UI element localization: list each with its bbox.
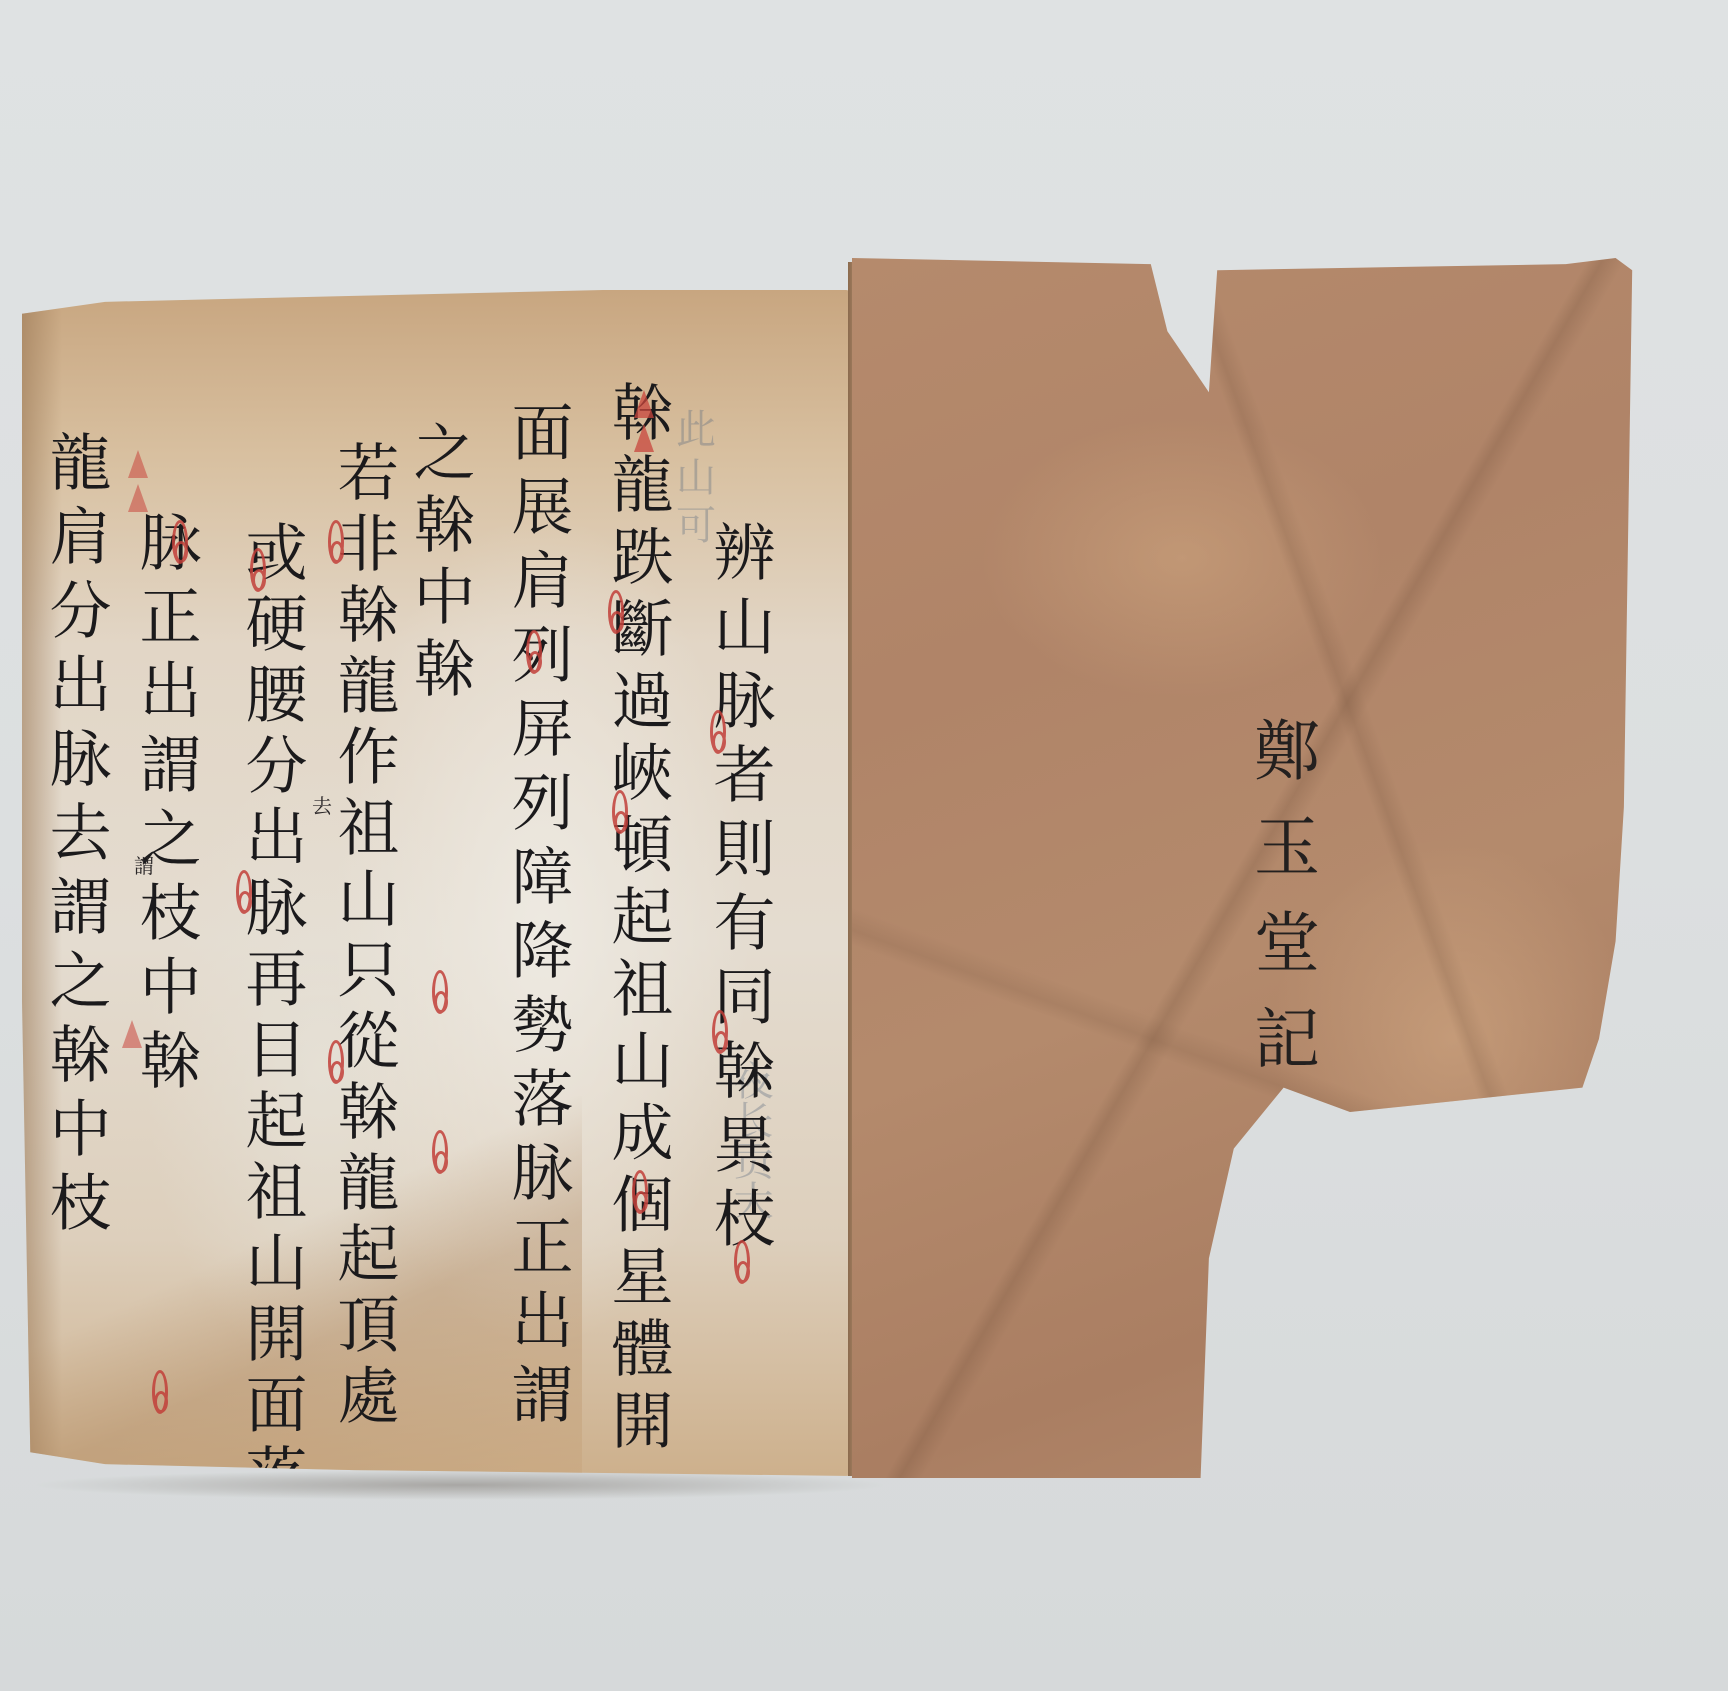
text-column-6: 或硬腰分出脉再目起祖山開面落 bbox=[240, 520, 302, 1514]
red-circle-mark bbox=[526, 630, 542, 674]
text-column-7: 脉正出謂之枝中榦 bbox=[134, 510, 196, 1102]
red-circle-mark bbox=[250, 548, 266, 592]
text-column-1: 辨山脉者則有同榦異枝 bbox=[708, 520, 770, 1260]
interlinear-note-1: 去 bbox=[312, 790, 332, 819]
red-circle-mark bbox=[632, 1170, 648, 1214]
cover-char-3: 堂 bbox=[1254, 890, 1320, 986]
column-3-text: 面展肩列屏列障降勢落脉正出謂 bbox=[506, 400, 568, 1436]
red-circle-mark bbox=[734, 1240, 750, 1284]
column-5-text: 若非榦龍作祖山只從榦龍起頂處 bbox=[332, 440, 394, 1434]
column-8-text: 龍肩分出脉去謂之榦中枝 bbox=[44, 430, 106, 1244]
red-triangle-mark bbox=[122, 1020, 142, 1048]
text-column-2: 榦龍跌斷過峽頓起祖山成個星體開 bbox=[606, 380, 668, 1460]
column-7-text: 脉正出謂之枝中榦 bbox=[134, 510, 196, 1102]
red-circle-mark bbox=[236, 870, 252, 914]
red-circle-mark bbox=[612, 790, 628, 834]
red-circle-mark bbox=[328, 1040, 344, 1084]
text-column-5: 若非榦龍作祖山只從榦龍起頂處 bbox=[332, 440, 394, 1434]
interlinear-note-2: 謂 bbox=[134, 850, 154, 879]
red-circle-mark bbox=[432, 1130, 448, 1174]
text-column-8: 龍肩分出脉去謂之榦中枝 bbox=[44, 430, 106, 1244]
book-cover-flap: 鄭 玉 堂 記 bbox=[852, 258, 1682, 1478]
red-circle-mark bbox=[328, 520, 344, 564]
cover-inscription: 鄭 玉 堂 記 bbox=[1254, 698, 1320, 1082]
cover-char-2: 玉 bbox=[1254, 794, 1320, 890]
text-column-3: 面展肩列屏列障降勢落脉正出謂 bbox=[506, 400, 568, 1436]
column-2-text: 榦龍跌斷過峽頓起祖山成個星體開 bbox=[606, 380, 668, 1460]
red-circle-mark bbox=[608, 590, 624, 634]
red-circle-mark bbox=[712, 1010, 728, 1054]
manuscript-page: 此山可 夜长贡大 辨山脉者則有同榦異枝 榦龍跌斷過峽頓起祖山成個星體開 面展肩列… bbox=[22, 290, 852, 1476]
cover-char-4: 記 bbox=[1254, 986, 1320, 1082]
cover-char-1: 鄭 bbox=[1254, 698, 1320, 794]
red-triangle-mark bbox=[634, 424, 654, 452]
red-circle-mark bbox=[152, 1370, 168, 1414]
red-circle-mark bbox=[432, 970, 448, 1014]
column-1-text: 辨山脉者則有同榦異枝 bbox=[708, 520, 770, 1260]
red-circle-mark bbox=[172, 520, 188, 564]
column-4-text: 之榦中榦 bbox=[408, 420, 470, 708]
red-triangle-mark bbox=[128, 450, 148, 478]
column-6-text: 或硬腰分出脉再目起祖山開面落 bbox=[240, 520, 302, 1514]
red-triangle-mark bbox=[634, 390, 654, 418]
text-column-4: 之榦中榦 bbox=[408, 420, 470, 708]
red-triangle-mark bbox=[128, 484, 148, 512]
red-circle-mark bbox=[710, 710, 726, 754]
